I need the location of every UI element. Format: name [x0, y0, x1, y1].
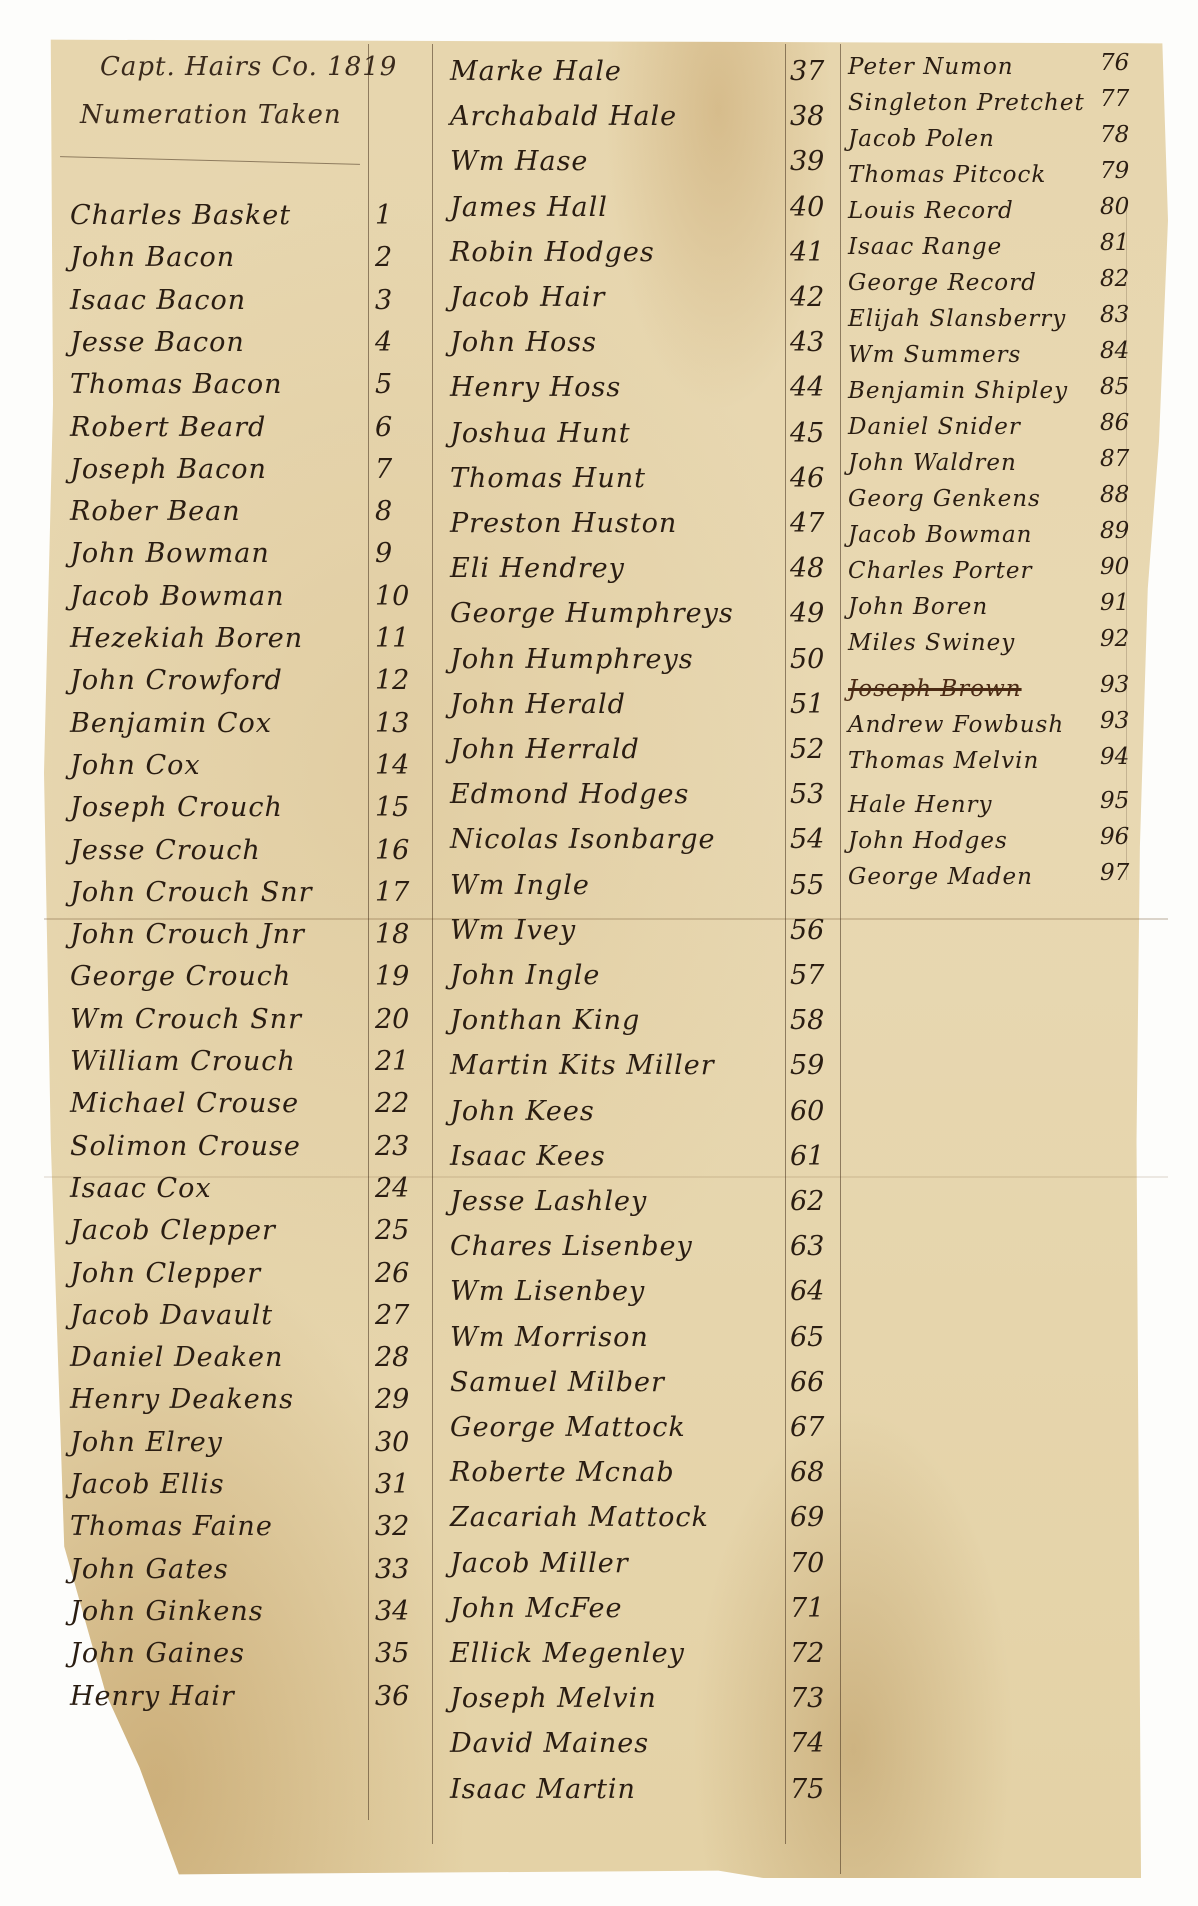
- entry-name: Hale Henry: [848, 792, 993, 818]
- entry-number: 69: [790, 1502, 824, 1533]
- column-rule-4: [840, 44, 841, 1874]
- entry-number: 7: [375, 454, 392, 485]
- entry-number: 29: [375, 1384, 409, 1415]
- entry-name: Jacob Clepper: [70, 1215, 276, 1246]
- entry-name: John Gates: [70, 1554, 229, 1585]
- entry-name: Thomas Bacon: [70, 369, 283, 400]
- census-entry: Thomas Bacon: [70, 369, 283, 400]
- census-entry: John Crowford: [70, 665, 283, 696]
- census-entry: John Cox: [70, 750, 201, 781]
- entry-name: George Record: [848, 270, 1037, 296]
- census-entry: John Waldren: [848, 446, 1017, 477]
- entry-name: Henry Deakens: [70, 1384, 294, 1415]
- entry-name: Joshua Hunt: [450, 418, 631, 449]
- entry-number: 82: [1100, 266, 1129, 292]
- entry-name: Ellick Megenley: [450, 1638, 685, 1669]
- entry-number: 92: [1100, 626, 1129, 652]
- entry-number: 58: [790, 1005, 824, 1036]
- entry-name: George Maden: [848, 864, 1033, 890]
- census-entry: John Crouch Jnr: [70, 919, 305, 950]
- entry-name: Miles Swiney: [848, 630, 1015, 656]
- entry-name: Joseph Bacon: [70, 454, 267, 485]
- entry-number: 95: [1100, 788, 1129, 814]
- column-rule-1: [368, 44, 369, 1820]
- entry-name: Jacob Miller: [450, 1548, 629, 1579]
- census-entry: Wm Hase: [450, 146, 588, 177]
- entry-name: Jacob Davault: [70, 1300, 273, 1331]
- census-entry: Peter Numon: [848, 50, 1014, 81]
- entry-number: 15: [375, 792, 409, 823]
- entry-name: Jacob Polen: [848, 126, 995, 152]
- entry-name: Isaac Martin: [450, 1774, 636, 1805]
- entry-number: 10: [375, 581, 409, 612]
- entry-number: 13: [375, 708, 409, 739]
- census-entry: John Bowman: [70, 538, 270, 569]
- entry-name: Michael Crouse: [70, 1088, 299, 1119]
- census-entry: Wm Lisenbey: [450, 1276, 645, 1307]
- entry-name: Andrew Fowbush: [848, 712, 1064, 738]
- entry-name: Martin Kits Miller: [450, 1050, 715, 1081]
- entry-number: 40: [790, 192, 824, 223]
- entry-number: 36: [375, 1681, 409, 1712]
- entry-number: 72: [790, 1638, 824, 1669]
- entry-number: 74: [790, 1728, 824, 1759]
- census-entry: Wm Morrison: [450, 1322, 649, 1353]
- census-entry: Louis Record: [848, 194, 1014, 225]
- census-entry: Wm Crouch Snr: [70, 1004, 302, 1035]
- entry-number: 27: [375, 1300, 409, 1331]
- census-entry: Robin Hodges: [450, 237, 655, 268]
- entry-number: 96: [1100, 824, 1129, 850]
- entry-number: 50: [790, 644, 824, 675]
- entry-name: Preston Huston: [450, 508, 677, 539]
- census-entry: Roberte Mcnab: [450, 1457, 675, 1488]
- census-entry: Thomas Pitcock: [848, 158, 1046, 189]
- entry-name: Daniel Deaken: [70, 1342, 283, 1373]
- census-entry: Andrew Fowbush: [848, 708, 1064, 739]
- entry-name: John Hodges: [848, 828, 1008, 854]
- entry-name: Joseph Crouch: [70, 792, 283, 823]
- entry-number: 97: [1100, 860, 1129, 886]
- census-entry: John Ingle: [450, 960, 600, 991]
- entry-name: John Ginkens: [70, 1596, 264, 1627]
- entry-number: 55: [790, 870, 824, 901]
- entry-number: 73: [790, 1683, 824, 1714]
- entry-name: Wm Ingle: [450, 870, 590, 901]
- entry-name: John Waldren: [848, 450, 1017, 476]
- census-entry: Daniel Deaken: [70, 1342, 283, 1373]
- census-entry: Georg Genkens: [848, 482, 1041, 513]
- census-entry: Charles Basket: [70, 200, 291, 231]
- census-entry: Charles Porter: [848, 554, 1032, 585]
- census-entry: Jonthan King: [450, 1005, 640, 1036]
- census-entry: Benjamin Cox: [70, 708, 272, 739]
- entry-number: 26: [375, 1258, 409, 1289]
- entry-name: Joseph Melvin: [450, 1683, 657, 1714]
- entry-number: 42: [790, 282, 824, 313]
- entry-number: 47: [790, 508, 824, 539]
- entry-name: Chares Lisenbey: [450, 1231, 693, 1262]
- census-entry: Singleton Pretchet: [848, 86, 1085, 117]
- entry-name: George Humphreys: [450, 598, 734, 629]
- entry-number: 39: [790, 146, 824, 177]
- census-entry: Thomas Melvin: [848, 744, 1039, 775]
- entry-name: Wm Summers: [848, 342, 1021, 368]
- entry-name: John Crouch Snr: [70, 877, 313, 908]
- entry-number: 11: [375, 623, 409, 654]
- census-entry: David Maines: [450, 1728, 649, 1759]
- census-entry: Marke Hale: [450, 56, 622, 87]
- entry-number: 32: [375, 1511, 409, 1542]
- entry-number: 87: [1100, 446, 1129, 472]
- census-entry: Nicolas Isonbarge: [450, 824, 716, 855]
- entry-name: John Crouch Jnr: [70, 919, 305, 950]
- census-entry: John Elrey: [70, 1427, 223, 1458]
- census-entry: Joseph Bacon: [70, 454, 267, 485]
- entry-name: Jesse Lashley: [450, 1186, 647, 1217]
- census-entry: Wm Ingle: [450, 870, 590, 901]
- entry-name: John Elrey: [70, 1427, 223, 1458]
- census-entry: John Clepper: [70, 1258, 261, 1289]
- census-entry: John Herrald: [450, 734, 640, 765]
- census-entry: George Humphreys: [450, 598, 734, 629]
- entry-number: 21: [375, 1046, 409, 1077]
- census-entry: Martin Kits Miller: [450, 1050, 715, 1081]
- census-entry: John Gaines: [70, 1638, 245, 1669]
- entry-number: 65: [790, 1322, 824, 1353]
- census-entry: Elijah Slansberry: [848, 302, 1066, 333]
- census-entry: Joshua Hunt: [450, 418, 631, 449]
- entry-name: Louis Record: [848, 198, 1014, 224]
- entry-number: 70: [790, 1548, 824, 1579]
- census-entry: Edmond Hodges: [450, 779, 689, 810]
- census-entry: Wm Summers: [848, 338, 1021, 369]
- entry-name: Isaac Cox: [70, 1173, 212, 1204]
- entry-number: 24: [375, 1173, 409, 1204]
- census-entry: Michael Crouse: [70, 1088, 299, 1119]
- entry-name: Wm Crouch Snr: [70, 1004, 302, 1035]
- census-entry: Chares Lisenbey: [450, 1231, 693, 1262]
- census-entry: George Record: [848, 266, 1037, 297]
- entry-number: 68: [790, 1457, 824, 1488]
- census-entry: Hezekiah Boren: [70, 623, 303, 654]
- entry-number: 41: [790, 237, 824, 268]
- census-entry: Henry Hair: [70, 1681, 235, 1712]
- census-entry: Joseph Melvin: [450, 1683, 657, 1714]
- entry-name: Hezekiah Boren: [70, 623, 303, 654]
- entry-name: John Crowford: [70, 665, 283, 696]
- entry-number: 85: [1100, 374, 1129, 400]
- entry-name: Roberte Mcnab: [450, 1457, 675, 1488]
- entry-name: John Clepper: [70, 1258, 261, 1289]
- entry-number: 57: [790, 960, 824, 991]
- fold-crease: [44, 1176, 1168, 1178]
- entry-number: 63: [790, 1231, 824, 1262]
- entry-number: 25: [375, 1215, 409, 1246]
- entry-number: 62: [790, 1186, 824, 1217]
- entry-number: 43: [790, 327, 824, 358]
- entry-number: 28: [375, 1342, 409, 1373]
- entry-name: Charles Basket: [70, 200, 291, 231]
- entry-name: John Ingle: [450, 960, 600, 991]
- entry-name: John Kees: [450, 1096, 595, 1127]
- entry-name: Rober Bean: [70, 496, 241, 527]
- entry-name: Peter Numon: [848, 54, 1014, 80]
- entry-number: 59: [790, 1050, 824, 1081]
- entry-name: Samuel Milber: [450, 1367, 665, 1398]
- entry-name: Jacob Bowman: [70, 581, 284, 612]
- census-entry: James Hall: [450, 192, 608, 223]
- entry-name: John Humphreys: [450, 644, 694, 675]
- entry-name: David Maines: [450, 1728, 649, 1759]
- entry-number: 86: [1100, 410, 1129, 436]
- column-rule-2: [432, 44, 433, 1844]
- entry-number: 88: [1100, 482, 1129, 508]
- entry-number: 75: [790, 1774, 824, 1805]
- entry-number: 52: [790, 734, 824, 765]
- entry-name: Jonthan King: [450, 1005, 640, 1036]
- entry-number: 18: [375, 919, 409, 950]
- entry-name: John Cox: [70, 750, 201, 781]
- entry-number: 6: [375, 412, 392, 443]
- entry-name: Jesse Bacon: [70, 327, 245, 358]
- entry-name: James Hall: [450, 192, 608, 223]
- entry-number: 37: [790, 56, 824, 87]
- entry-name: Wm Ivey: [450, 915, 576, 946]
- header-title: Capt. Hairs Co. 1819: [100, 52, 397, 82]
- entry-number: 20: [375, 1004, 409, 1035]
- entry-number: 54: [790, 824, 824, 855]
- census-entry: Benjamin Shipley: [848, 374, 1068, 405]
- entry-number: 64: [790, 1276, 824, 1307]
- entry-number: 2: [375, 242, 392, 273]
- entry-name: Edmond Hodges: [450, 779, 689, 810]
- census-entry: Eli Hendrey: [450, 553, 625, 584]
- entry-name: Elijah Slansberry: [848, 306, 1066, 332]
- entry-name: Solimon Crouse: [70, 1131, 301, 1162]
- entry-number: 53: [790, 779, 824, 810]
- entry-name: Joseph Brown: [848, 676, 1022, 702]
- entry-name: John Gaines: [70, 1638, 245, 1669]
- entry-name: Benjamin Shipley: [848, 378, 1068, 404]
- entry-name: John Boren: [848, 594, 988, 620]
- entry-name: John Bacon: [70, 242, 235, 273]
- census-entry: Jacob Bowman: [70, 581, 284, 612]
- census-entry: Jacob Davault: [70, 1300, 273, 1331]
- entry-number: 80: [1100, 194, 1129, 220]
- entry-name: John Hoss: [450, 327, 597, 358]
- census-entry: Solimon Crouse: [70, 1131, 301, 1162]
- entry-name: George Crouch: [70, 961, 291, 992]
- entry-number: 33: [375, 1554, 409, 1585]
- census-entry: Jacob Clepper: [70, 1215, 276, 1246]
- census-entry: John Gates: [70, 1554, 229, 1585]
- census-entry: Henry Deakens: [70, 1384, 294, 1415]
- census-entry: Isaac Bacon: [70, 285, 246, 316]
- census-entry: John Hoss: [450, 327, 597, 358]
- entry-number: 46: [790, 463, 824, 494]
- entry-number: 81: [1100, 230, 1129, 256]
- entry-name: Benjamin Cox: [70, 708, 272, 739]
- entry-name: Thomas Pitcock: [848, 162, 1046, 188]
- entry-name: Wm Morrison: [450, 1322, 649, 1353]
- census-entry: John Humphreys: [450, 644, 694, 675]
- entry-name: John Herald: [450, 689, 626, 720]
- entry-number: 84: [1100, 338, 1129, 364]
- entry-number: 48: [790, 553, 824, 584]
- entry-number: 31: [375, 1469, 409, 1500]
- entry-name: John Herrald: [450, 734, 640, 765]
- entry-name: Zacariah Mattock: [450, 1502, 709, 1533]
- header-subtitle: Numeration Taken: [80, 100, 342, 130]
- entry-name: Isaac Bacon: [70, 285, 246, 316]
- entry-name: John Bowman: [70, 538, 270, 569]
- entry-number: 16: [375, 835, 409, 866]
- entry-number: 77: [1100, 86, 1129, 112]
- census-entry: Robert Beard: [70, 412, 266, 443]
- entry-name: Thomas Melvin: [848, 748, 1039, 774]
- census-entry: Ellick Megenley: [450, 1638, 685, 1669]
- entry-name: Isaac Range: [848, 234, 1002, 260]
- census-entry: Jesse Crouch: [70, 835, 261, 866]
- entry-number: 8: [375, 496, 392, 527]
- entry-number: 83: [1100, 302, 1129, 328]
- census-entry: Samuel Milber: [450, 1367, 665, 1398]
- census-entry: Wm Ivey: [450, 915, 576, 946]
- entry-number: 79: [1100, 158, 1129, 184]
- census-entry: John Boren: [848, 590, 988, 621]
- census-entry: Thomas Hunt: [450, 463, 646, 494]
- entry-number: 45: [790, 418, 824, 449]
- struck-entry: Joseph Brown: [848, 672, 1022, 703]
- entry-name: Jacob Ellis: [70, 1469, 225, 1500]
- entry-name: William Crouch: [70, 1046, 296, 1077]
- entry-name: Thomas Faine: [70, 1511, 273, 1542]
- entry-number: 60: [790, 1096, 824, 1127]
- entry-number: 76: [1100, 50, 1129, 76]
- census-entry: Jesse Bacon: [70, 327, 245, 358]
- entry-number: 1: [375, 200, 392, 231]
- census-entry: William Crouch: [70, 1046, 296, 1077]
- census-entry: Thomas Faine: [70, 1511, 273, 1542]
- entry-name: Wm Hase: [450, 146, 588, 177]
- entry-name: Daniel Snider: [848, 414, 1021, 440]
- census-entry: Preston Huston: [450, 508, 677, 539]
- census-entry: Jesse Lashley: [450, 1186, 647, 1217]
- entry-name: Henry Hair: [70, 1681, 235, 1712]
- census-entry: Jacob Polen: [848, 122, 995, 153]
- entry-number: 90: [1100, 554, 1129, 580]
- census-entry: George Mattock: [450, 1412, 686, 1443]
- entry-number: 67: [790, 1412, 824, 1443]
- entry-number: 30: [375, 1427, 409, 1458]
- entry-name: Robert Beard: [70, 412, 266, 443]
- entry-number: 94: [1100, 744, 1129, 770]
- census-entry: Jacob Ellis: [70, 1469, 225, 1500]
- entry-name: Marke Hale: [450, 56, 622, 87]
- entry-number: 12: [375, 665, 409, 696]
- census-entry: Isaac Kees: [450, 1141, 606, 1172]
- entry-number: 93: [1100, 672, 1129, 698]
- census-entry: Henry Hoss: [450, 372, 621, 403]
- entry-number: 17: [375, 877, 409, 908]
- census-entry: John Kees: [450, 1096, 595, 1127]
- entry-number: 4: [375, 327, 392, 358]
- entry-name: Nicolas Isonbarge: [450, 824, 716, 855]
- entry-number: 56: [790, 915, 824, 946]
- entry-name: George Mattock: [450, 1412, 686, 1443]
- entry-number: 38: [790, 101, 824, 132]
- entry-number: 19: [375, 961, 409, 992]
- entry-name: Archabald Hale: [450, 101, 677, 132]
- census-entry: Jacob Miller: [450, 1548, 629, 1579]
- census-entry: Isaac Range: [848, 230, 1002, 261]
- entry-name: Georg Genkens: [848, 486, 1041, 512]
- census-entry: Isaac Cox: [70, 1173, 212, 1204]
- entry-number: 78: [1100, 122, 1129, 148]
- entry-number: 89: [1100, 518, 1129, 544]
- entry-name: Jacob Hair: [450, 282, 605, 313]
- entry-number: 61: [790, 1141, 824, 1172]
- census-entry: Jacob Hair: [450, 282, 605, 313]
- census-entry: Isaac Martin: [450, 1774, 636, 1805]
- census-entry: John Crouch Snr: [70, 877, 313, 908]
- entry-name: John McFee: [450, 1593, 622, 1624]
- entry-name: Jesse Crouch: [70, 835, 261, 866]
- entry-number: 91: [1100, 590, 1129, 616]
- census-entry: John Bacon: [70, 242, 235, 273]
- column-rule-3: [785, 44, 786, 1844]
- entry-number: 23: [375, 1131, 409, 1162]
- entry-name: Charles Porter: [848, 558, 1032, 584]
- census-entry: Miles Swiney: [848, 626, 1015, 657]
- entry-number: 93: [1100, 708, 1129, 734]
- census-entry: George Crouch: [70, 961, 291, 992]
- census-entry: Jacob Bowman: [848, 518, 1032, 549]
- entry-number: 14: [375, 750, 409, 781]
- entry-name: Jacob Bowman: [848, 522, 1032, 548]
- census-entry: Archabald Hale: [450, 101, 677, 132]
- entry-number: 22: [375, 1088, 409, 1119]
- census-entry: Rober Bean: [70, 496, 241, 527]
- entry-number: 49: [790, 598, 824, 629]
- entry-number: 44: [790, 372, 824, 403]
- entry-name: Isaac Kees: [450, 1141, 606, 1172]
- entry-number: 34: [375, 1596, 409, 1627]
- census-entry: John Herald: [450, 689, 626, 720]
- entry-name: Thomas Hunt: [450, 463, 646, 494]
- entry-number: 66: [790, 1367, 824, 1398]
- census-entry: Joseph Crouch: [70, 792, 283, 823]
- entry-number: 71: [790, 1593, 824, 1624]
- entry-number: 5: [375, 369, 392, 400]
- census-entry: Daniel Snider: [848, 410, 1021, 441]
- entry-name: Singleton Pretchet: [848, 90, 1085, 116]
- entry-number: 51: [790, 689, 824, 720]
- entry-name: Robin Hodges: [450, 237, 655, 268]
- census-entry: John McFee: [450, 1593, 622, 1624]
- entry-name: Henry Hoss: [450, 372, 621, 403]
- census-entry: John Hodges: [848, 824, 1008, 855]
- entry-name: Eli Hendrey: [450, 553, 625, 584]
- entry-number: 35: [375, 1638, 409, 1669]
- entry-number: 9: [375, 538, 392, 569]
- entry-name: Wm Lisenbey: [450, 1276, 645, 1307]
- entry-number: 3: [375, 285, 392, 316]
- census-entry: George Maden: [848, 860, 1033, 891]
- census-entry: John Ginkens: [70, 1596, 264, 1627]
- census-entry: Hale Henry: [848, 788, 993, 819]
